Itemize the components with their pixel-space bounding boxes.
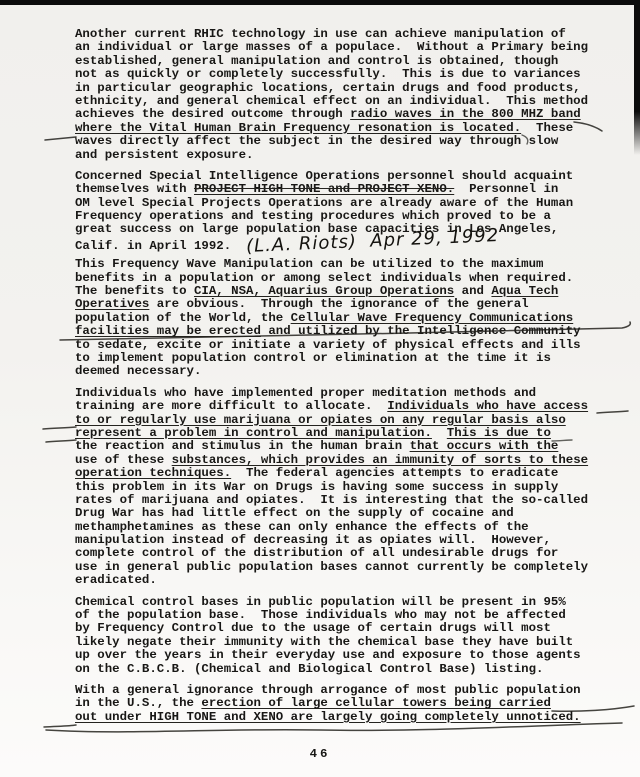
pen-stroke <box>43 427 76 429</box>
text-segment: where the Vital Human Brain Frequency re… <box>75 121 521 135</box>
text-line: to or regularly use marijuana or opiates… <box>75 414 627 427</box>
text-segment: ethnicity, and general chemical effect o… <box>75 94 588 108</box>
text-segment: operation techniques. <box>75 466 231 480</box>
document-text: Another current RHIC technology in use c… <box>75 28 627 732</box>
text-segment: Chemical control bases in public populat… <box>75 595 566 609</box>
text-segment: Cellular Wave Frequency Communications <box>291 311 574 325</box>
text-segment: The benefits to <box>75 284 194 298</box>
text-line: this problem in its War on Drugs is havi… <box>75 481 627 494</box>
text-segment <box>432 426 447 440</box>
text-line: to implement population control or elimi… <box>75 352 627 365</box>
text-segment: OM level Special Projects Operations are… <box>75 196 573 210</box>
text-segment: This Frequency Wave Manipulation can be … <box>75 257 543 271</box>
text-line: waves directly affect the subject in the… <box>75 135 627 148</box>
text-segment: This is due to <box>447 426 551 440</box>
text-segment: Operatives <box>75 297 149 311</box>
text-line: ethnicity, and general chemical effect o… <box>75 95 627 108</box>
text-segment: on the C.B.C.B. (Chemical and Biological… <box>75 662 543 676</box>
text-line: complete control of the distribution of … <box>75 547 627 560</box>
text-line: use in general public population bases c… <box>75 561 627 574</box>
text-segment: rates of marijuana and opiates. It is in… <box>75 493 588 507</box>
pen-stroke <box>44 725 76 727</box>
paragraph: Another current RHIC technology in use c… <box>75 28 627 162</box>
text-segment: erection of large cellular towers being … <box>201 696 550 710</box>
text-segment: by Frequency Control due to the usage of… <box>75 621 551 635</box>
text-line: where the Vital Human Brain Frequency re… <box>75 122 627 135</box>
text-line: on the C.B.C.B. (Chemical and Biological… <box>75 663 627 676</box>
text-segment: Individuals who have access <box>387 399 588 413</box>
paragraph: Chemical control bases in public populat… <box>75 596 627 676</box>
text-segment: Frequency operations and testing procedu… <box>75 209 551 223</box>
text-segment: Another current RHIC technology in use c… <box>75 27 566 41</box>
text-line: established, general manipulation and co… <box>75 55 627 68</box>
text-segment: Individuals who have implemented proper … <box>75 386 536 400</box>
text-segment: Drug War has had little effect on the su… <box>75 506 514 520</box>
text-segment: that occurs with the <box>410 439 559 453</box>
text-segment: to implement population control or elimi… <box>75 351 551 365</box>
text-line: achieves the desired outcome through rad… <box>75 108 627 121</box>
text-segment: Personnel in <box>454 182 558 196</box>
text-segment: the reaction and stimulus in the human b… <box>75 439 410 453</box>
text-line: With a general ignorance through arrogan… <box>75 684 627 697</box>
text-line: to sedate, excite or initiate a variety … <box>75 339 627 352</box>
text-segment: Concerned Special Intelligence Operation… <box>75 169 573 183</box>
text-segment: deemed necessary. <box>75 364 201 378</box>
text-line: This Frequency Wave Manipulation can be … <box>75 258 627 271</box>
text-segment: CIA, NSA, Aquarius Group Operations <box>194 284 454 298</box>
text-line: Another current RHIC technology in use c… <box>75 28 627 41</box>
text-line: OM level Special Projects Operations are… <box>75 197 627 210</box>
text-segment: in particular geographic locations, cert… <box>75 81 581 95</box>
text-segment: and persistent exposure. <box>75 148 253 162</box>
text-line: training are more difficult to allocate.… <box>75 400 627 413</box>
text-segment: to or regularly use marijuana or opiates… <box>75 413 566 427</box>
text-segment: are obvious. Through the ignorance of th… <box>149 297 528 311</box>
text-line: rates of marijuana and opiates. It is in… <box>75 494 627 507</box>
text-segment: likely negate their immunity with the ch… <box>75 635 573 649</box>
text-line: represent a problem in control and manip… <box>75 427 627 440</box>
text-segment: eradicated. <box>75 573 157 587</box>
text-segment: With a general ignorance through arrogan… <box>75 683 581 697</box>
pen-stroke <box>45 137 76 140</box>
text-line: population of the World, the Cellular Wa… <box>75 312 627 325</box>
text-line: of the population base. Those individual… <box>75 609 627 622</box>
text-line: manipulation instead of decreasing it as… <box>75 534 627 547</box>
text-segment: facilities may be erected <box>75 324 261 338</box>
text-line: likely negate their immunity with the ch… <box>75 636 627 649</box>
text-line: eradicated. <box>75 574 627 587</box>
text-segment: up over the years in their everyday use … <box>75 648 581 662</box>
text-segment: established, general manipulation and co… <box>75 54 558 68</box>
text-line: not as quickly or completely successfull… <box>75 68 627 81</box>
text-segment: of the population base. Those individual… <box>75 608 566 622</box>
text-line: out under HIGH TONE and XENO are largely… <box>75 711 627 724</box>
text-line: themselves with PROJECT HIGH TONE and PR… <box>75 183 627 196</box>
text-line: in particular geographic locations, cert… <box>75 82 627 95</box>
text-segment: this problem in its War on Drugs is havi… <box>75 480 558 494</box>
text-line: by Frequency Control due to the usage of… <box>75 622 627 635</box>
text-segment: The federal agencies attempts to eradica… <box>231 466 558 480</box>
paragraph: Individuals who have implemented proper … <box>75 387 627 588</box>
text-line: Drug War has had little effect on the su… <box>75 507 627 520</box>
text-line: Individuals who have implemented proper … <box>75 387 627 400</box>
text-segment: training are more difficult to allocate. <box>75 399 387 413</box>
text-line: Frequency operations and testing procedu… <box>75 210 627 223</box>
text-line: The benefits to CIA, NSA, Aquarius Group… <box>75 285 627 298</box>
text-line: benefits in a population or among select… <box>75 272 627 285</box>
text-line: up over the years in their everyday use … <box>75 649 627 662</box>
text-line: Operatives are obvious. Through the igno… <box>75 298 627 311</box>
text-segment: not as quickly or completely successfull… <box>75 67 581 81</box>
text-segment: to sedate, excite or initiate a variety … <box>75 338 581 352</box>
paragraph: Concerned Special Intelligence Operation… <box>75 170 627 250</box>
text-line: an individual or large masses of a popul… <box>75 41 627 54</box>
text-line: in the U.S., the erection of large cellu… <box>75 697 627 710</box>
text-segment: radio waves in the 800 MHZ band <box>350 107 581 121</box>
text-segment: out under HIGH TONE and XENO are largely… <box>75 710 581 724</box>
text-segment: an individual or large masses of a popul… <box>75 40 588 54</box>
text-segment: represent a problem in control and manip… <box>75 426 432 440</box>
text-segment: manipulation instead of decreasing it as… <box>75 533 551 547</box>
text-segment: benefits in a population or among select… <box>75 271 573 285</box>
text-line: Concerned Special Intelligence Operation… <box>75 170 627 183</box>
text-line: facilities may be erected and utilized b… <box>75 325 627 338</box>
text-segment: use in general public population bases c… <box>75 560 588 574</box>
text-segment: Aqua Tech <box>491 284 558 298</box>
text-segment: Calif. in April 1992. <box>75 239 246 253</box>
page-number: 46 <box>0 747 640 761</box>
text-segment: These <box>521 121 573 135</box>
text-line: methamphetamines as these can only enhan… <box>75 521 627 534</box>
paragraph: With a general ignorance through arrogan… <box>75 684 627 724</box>
text-line: the reaction and stimulus in the human b… <box>75 440 627 453</box>
scan-edge-right <box>634 0 640 155</box>
text-line: Chemical control bases in public populat… <box>75 596 627 609</box>
text-line: use of these substances, which provides … <box>75 454 627 467</box>
text-line: deemed necessary. <box>75 365 627 378</box>
text-line: Calif. in April 1992. (L.A. Riots) Apr 2… <box>75 237 627 250</box>
text-segment: substances, which provides an immunity o… <box>172 453 588 467</box>
scanned-page: Another current RHIC technology in use c… <box>0 0 640 777</box>
text-segment: themselves with <box>75 182 194 196</box>
text-segment: complete control of the distribution of … <box>75 546 558 560</box>
text-line: and persistent exposure. <box>75 149 627 162</box>
text-segment: and <box>454 284 491 298</box>
text-segment: waves directly affect the subject in the… <box>75 134 558 148</box>
text-segment: achieves the desired outcome through <box>75 107 350 121</box>
text-segment: use of these <box>75 453 172 467</box>
text-segment: and utilized by the Intelligence Communi… <box>261 324 581 338</box>
text-segment: methamphetamines as these can only enhan… <box>75 520 529 534</box>
text-segment: population of the World, the <box>75 311 291 325</box>
text-segment: in the U.S., the <box>75 696 201 710</box>
text-line: operation techniques. The federal agenci… <box>75 467 627 480</box>
paragraph: This Frequency Wave Manipulation can be … <box>75 258 627 379</box>
text-segment: PROJECT HIGH TONE and PROJECT XENO. <box>194 182 454 196</box>
scan-edge-top <box>0 0 640 5</box>
pen-stroke <box>46 440 76 442</box>
